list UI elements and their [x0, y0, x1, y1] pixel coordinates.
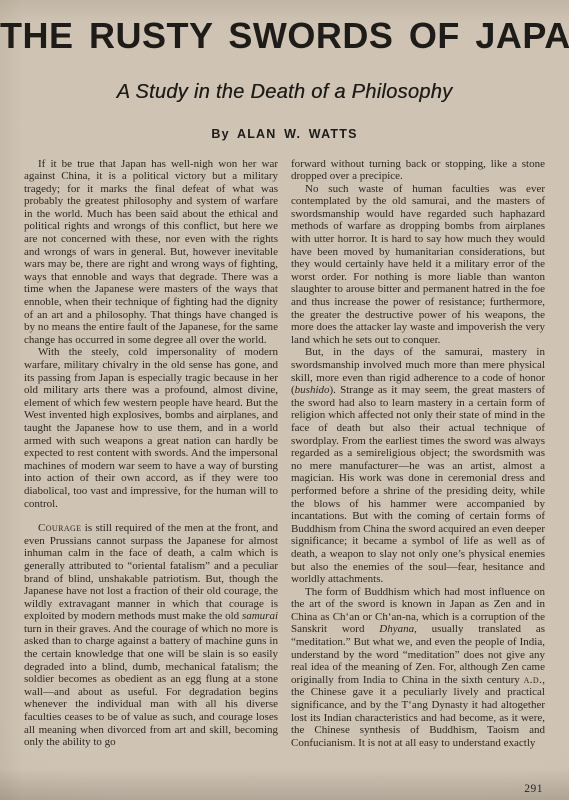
article-subtitle: A Study in the Death of a Philosophy [0, 82, 569, 102]
text-segment: ). Strange as it may seem, the great mas… [291, 384, 545, 585]
article-body: If it be true that Japan has well-nigh w… [0, 158, 569, 778]
paragraph: Courage is still required of the men at … [24, 522, 278, 749]
page-title: THE RUSTY SWORDS OF JAPAN [0, 18, 569, 54]
paragraph: No such waste of human faculties was eve… [291, 183, 545, 347]
text-segment: turn in their graves. And the courage of… [24, 623, 278, 748]
text-segment: With the steely, cold impersonality of m… [24, 346, 278, 509]
paragraph: With the steely, cold impersonality of m… [24, 346, 278, 510]
document-page: THE RUSTY SWORDS OF JAPAN A Study in the… [0, 0, 569, 800]
text-segment: forward without turning back or stopping… [291, 158, 545, 183]
text-segment: a.d. [524, 674, 543, 686]
text-segment: is still required of the men at the fron… [24, 522, 278, 622]
page-number: 291 [524, 783, 543, 795]
left-column: If it be true that Japan has well-nigh w… [24, 158, 278, 778]
text-segment: No such waste of human faculties was eve… [291, 183, 545, 346]
text-segment: bushido [295, 384, 330, 396]
text-segment: samurai [242, 610, 278, 622]
paragraph: But, in the days of the samurai, mastery… [291, 346, 545, 585]
text-segment: If it be true that Japan has well-nigh w… [24, 158, 278, 346]
article-byline: By ALAN W. WATTS [0, 128, 569, 141]
paragraph: If it be true that Japan has well-nigh w… [24, 158, 278, 347]
text-segment: Courage [38, 522, 81, 534]
paragraph: The form of Buddhism which had most infl… [291, 586, 545, 750]
text-segment: Dhyana [379, 623, 414, 635]
article-header: THE RUSTY SWORDS OF JAPAN A Study in the… [0, 18, 569, 141]
right-column: forward without turning back or stopping… [291, 158, 545, 778]
paragraph: forward without turning back or stopping… [291, 158, 545, 183]
